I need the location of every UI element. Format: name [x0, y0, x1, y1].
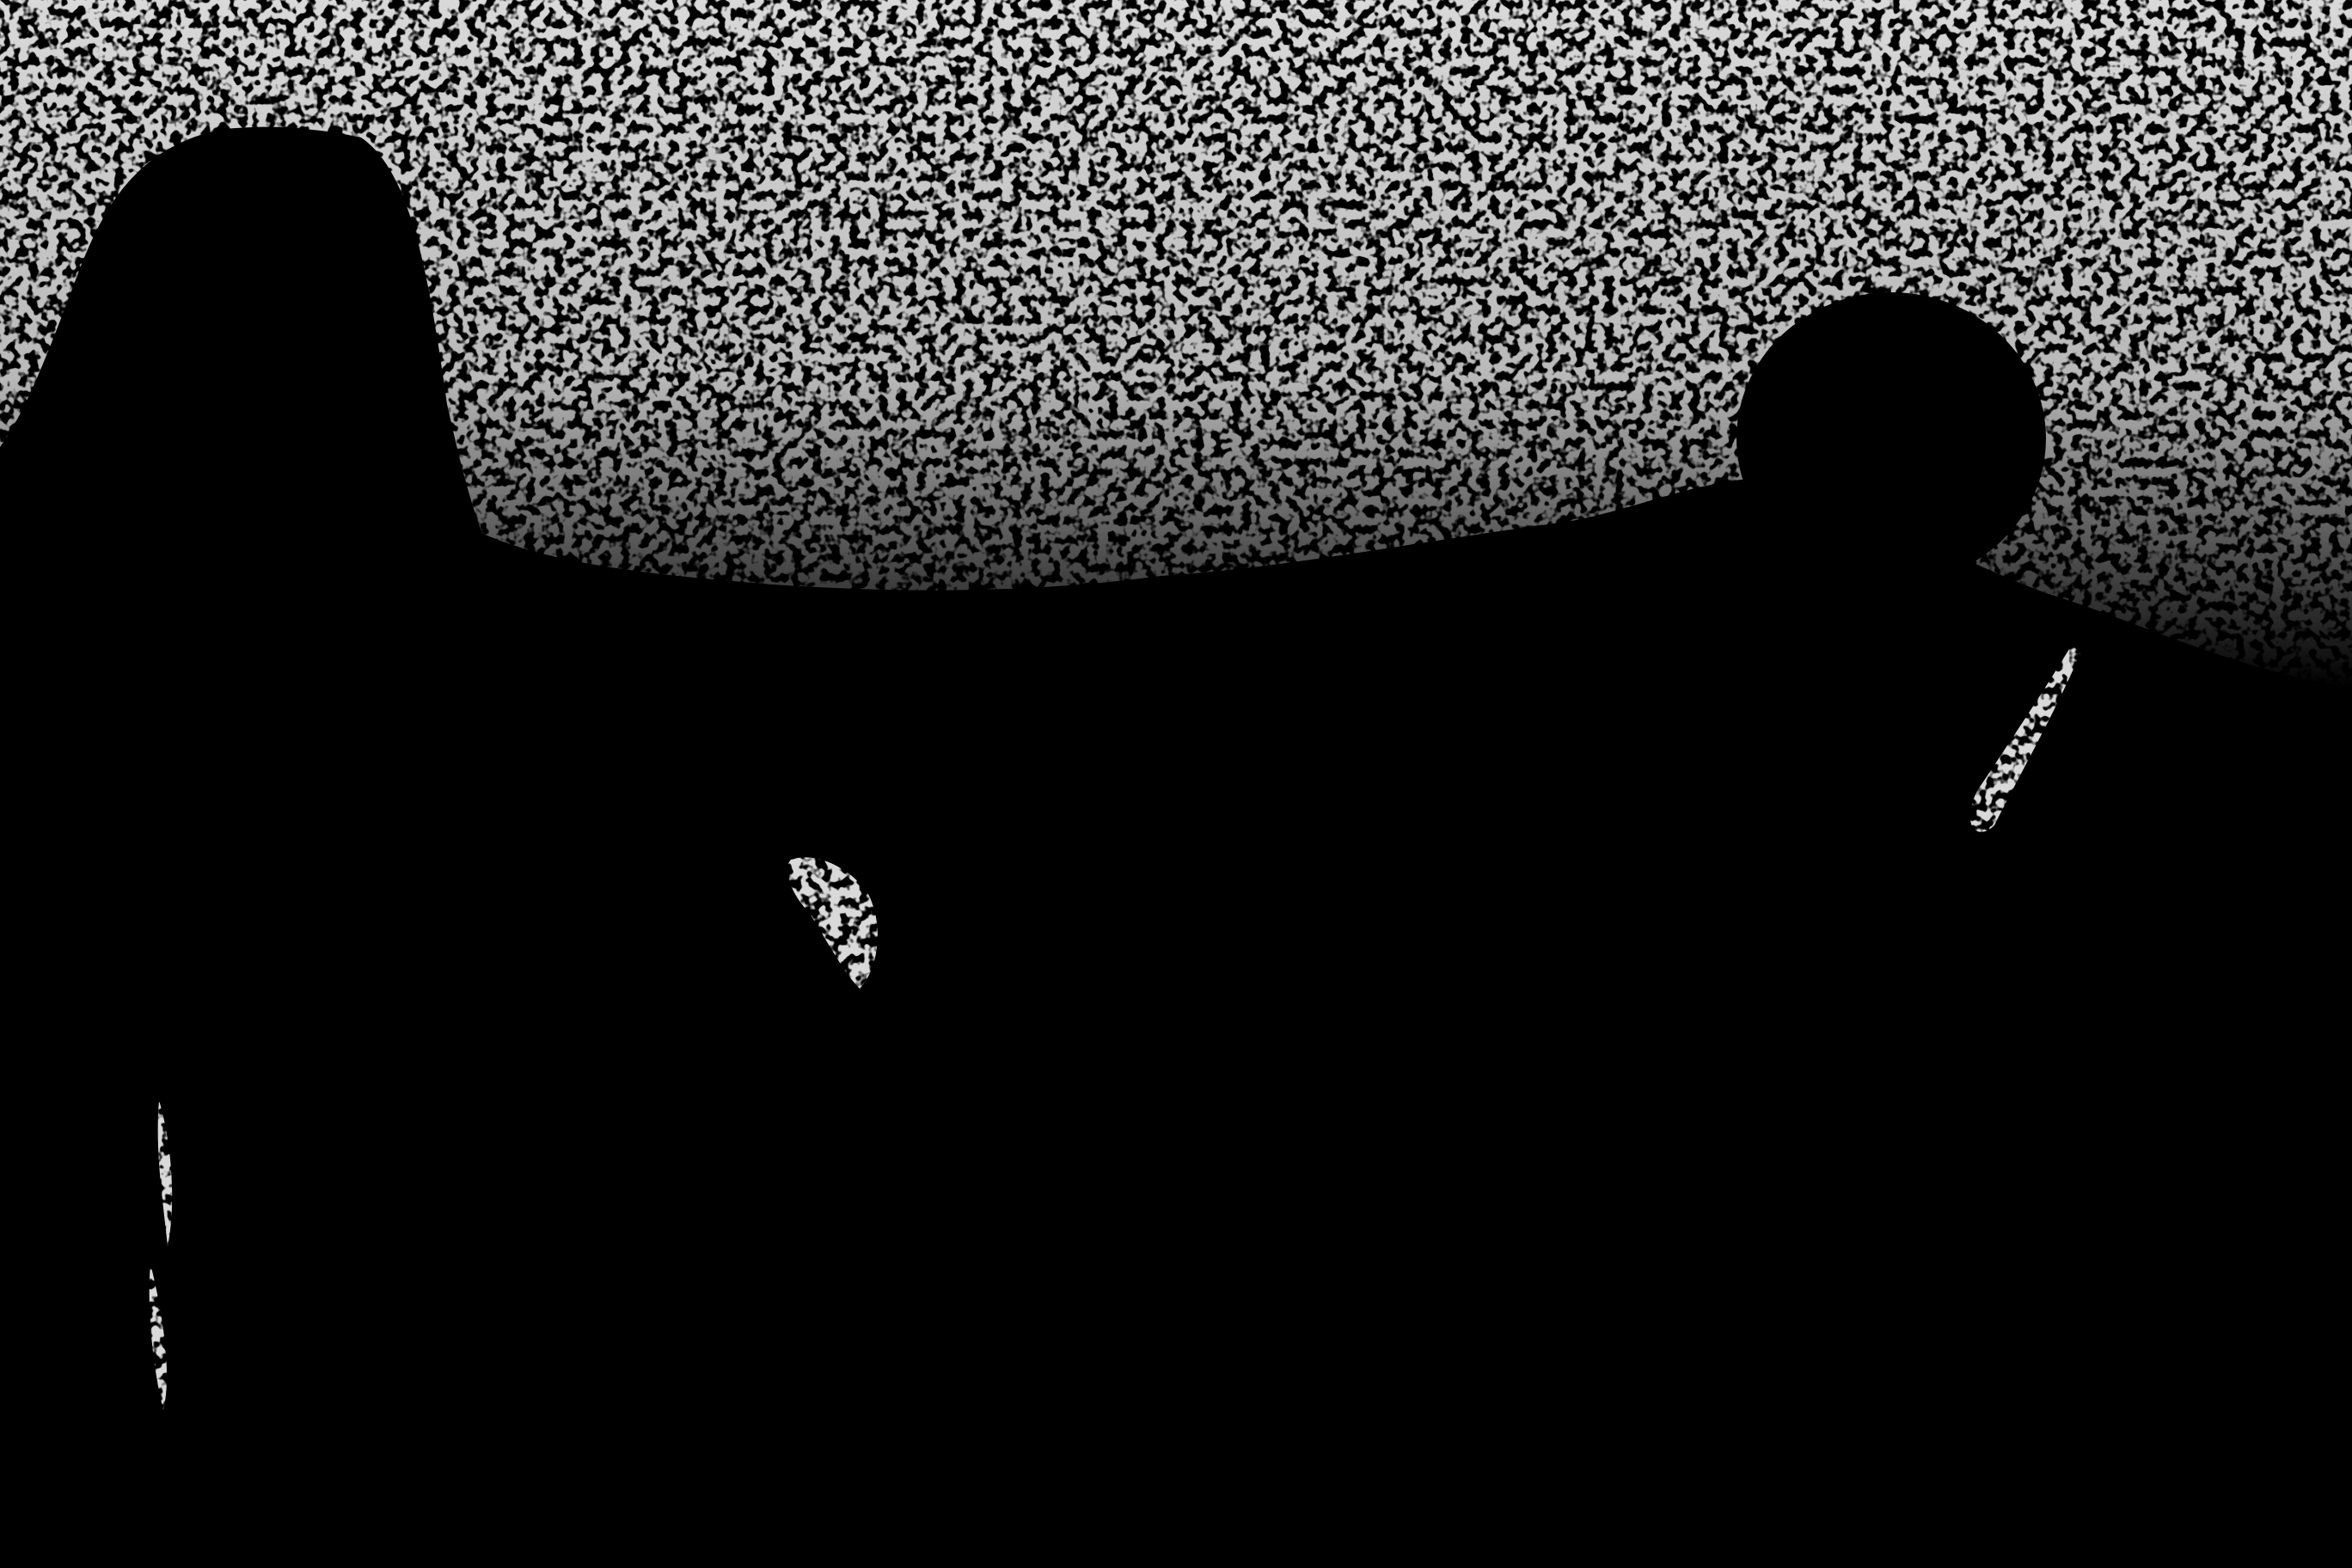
photo-canvas — [0, 0, 2352, 1568]
photo-scene — [0, 0, 2352, 1568]
